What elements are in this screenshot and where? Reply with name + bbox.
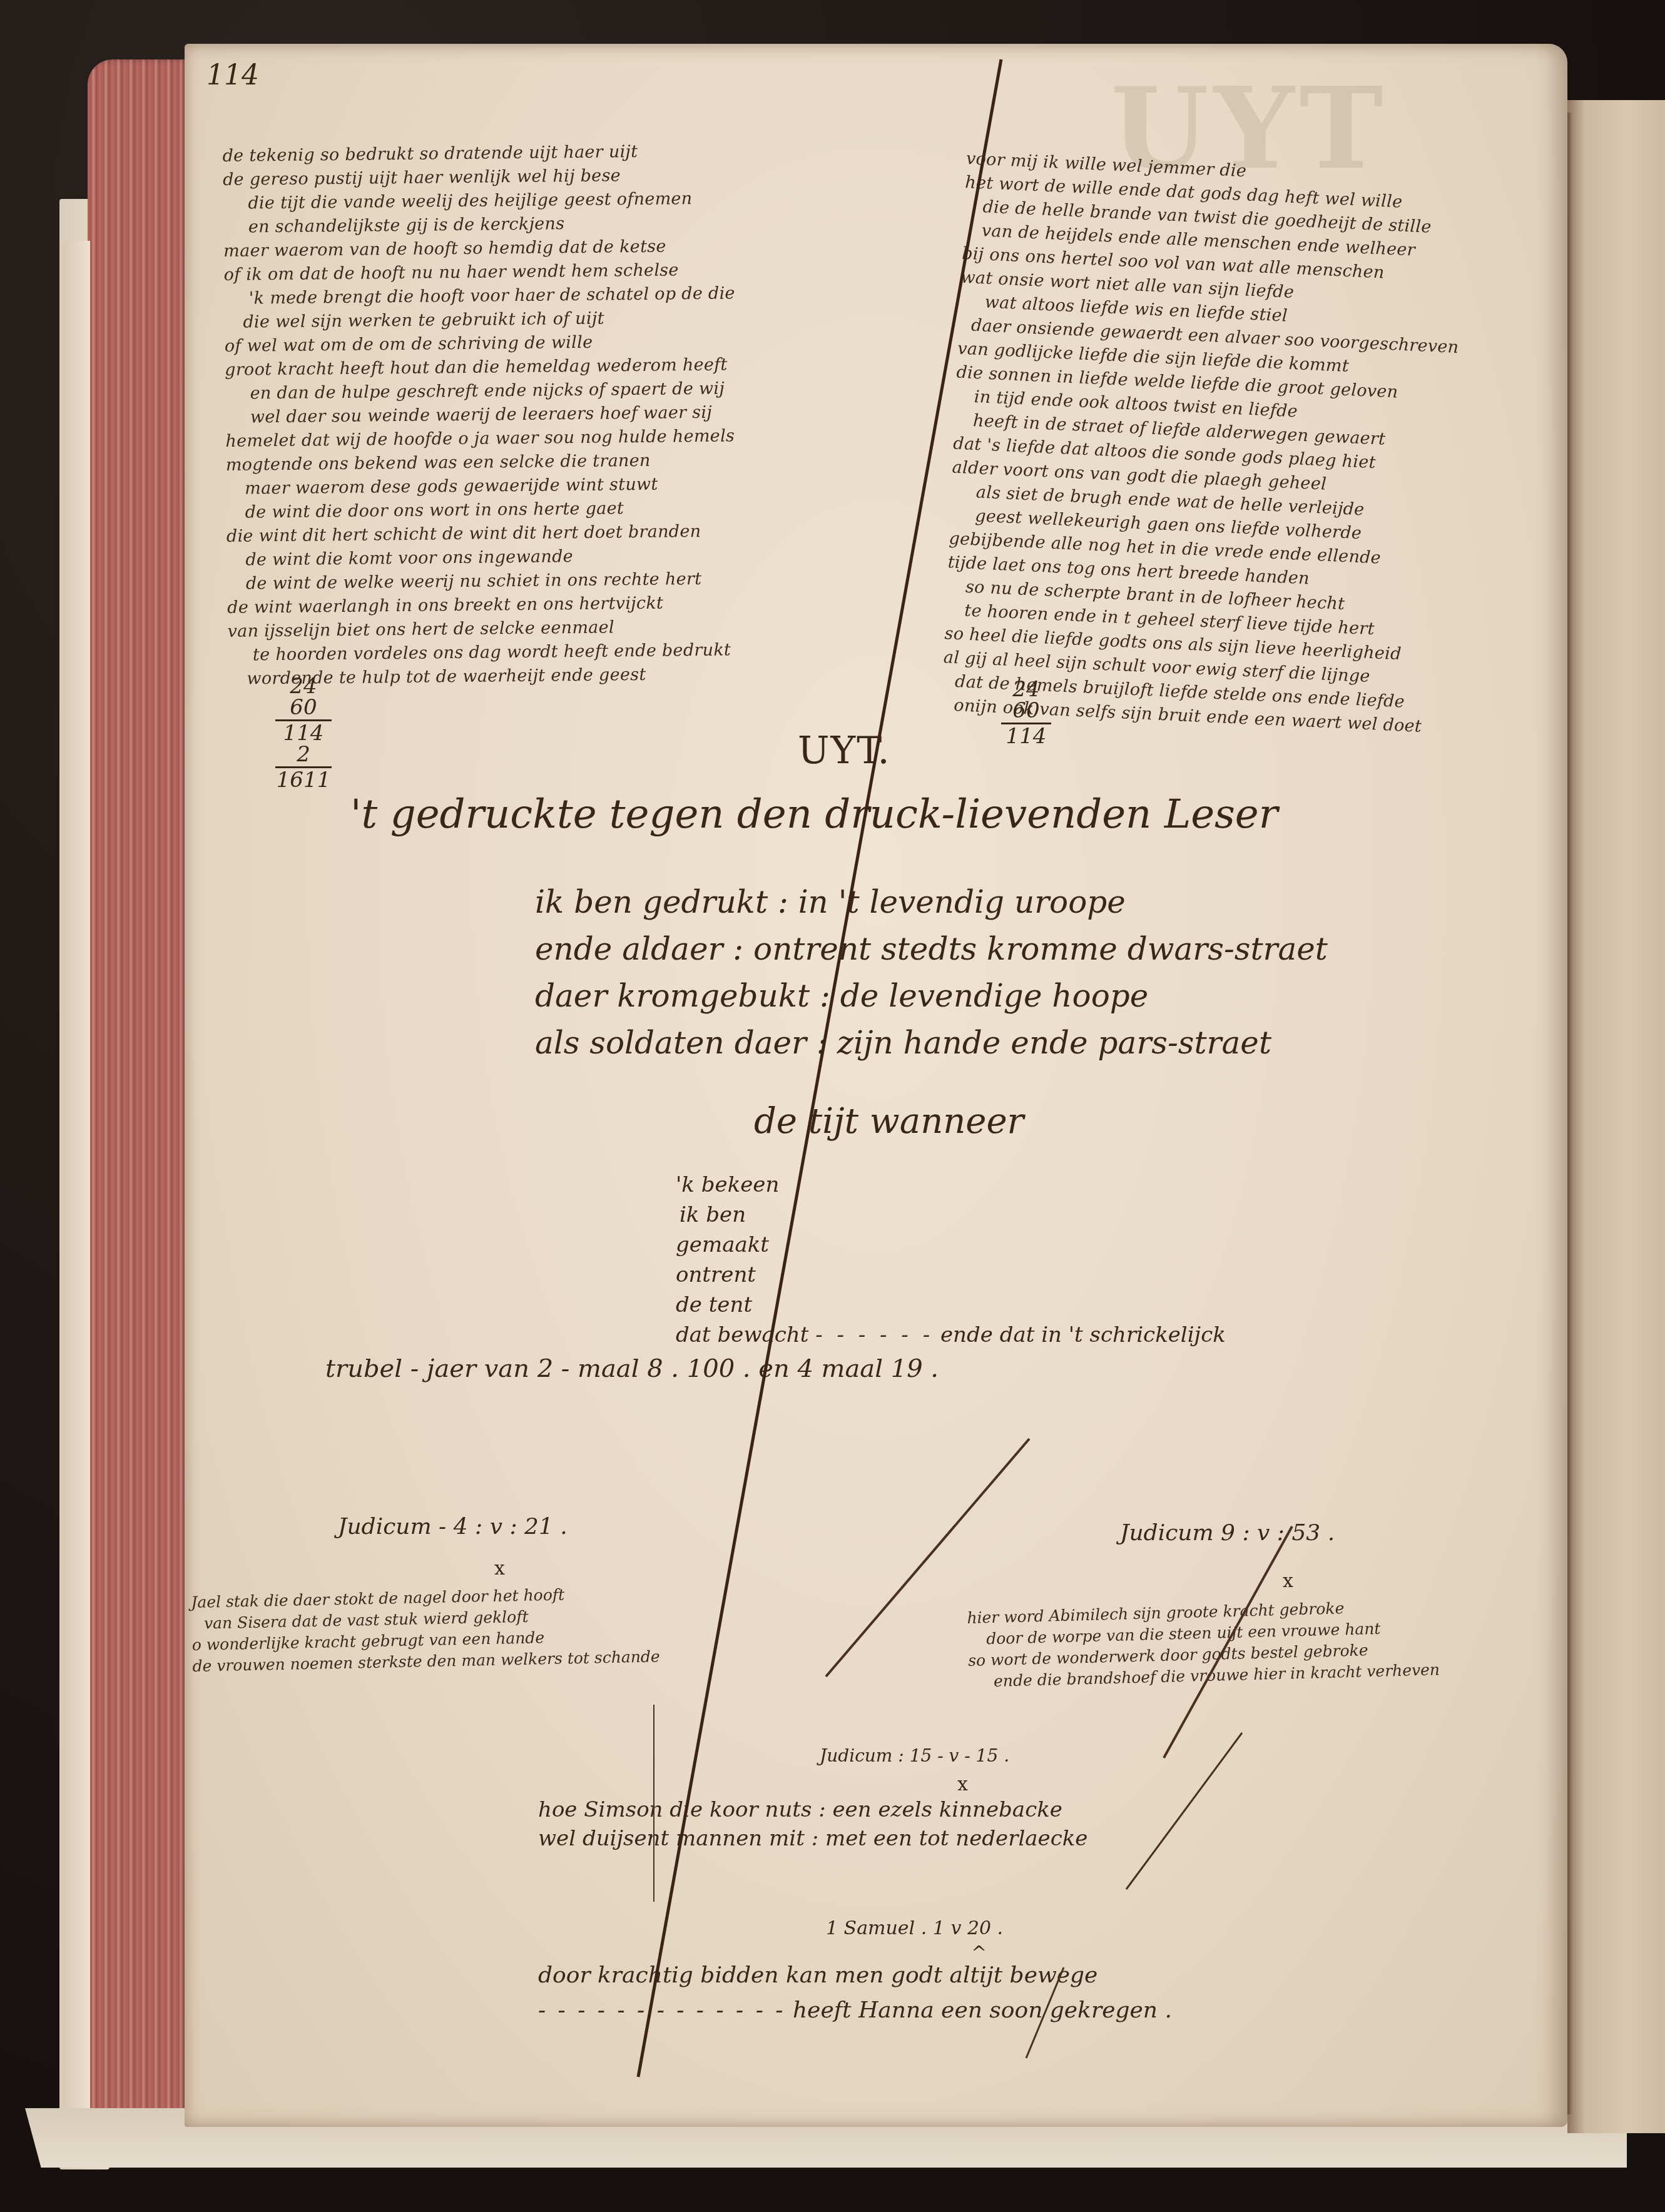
- list-item: ontrent: [676, 1260, 1226, 1290]
- verse-left: als soldaten daer: [535, 1025, 807, 1061]
- verse-left: ik ben gedrukt: [535, 884, 768, 920]
- trubel-year-line: trubel - jaer van 2 - maal 8 . 100 . en …: [325, 1354, 939, 1383]
- samson-lines: hoe Simson die koor nuts : een ezels kin…: [538, 1795, 1087, 1853]
- reference-judicum-4: Judicum - 4 : v : 21 .: [338, 1514, 568, 1540]
- main-heading: UYT.: [798, 729, 890, 773]
- calc-row: 60: [1001, 700, 1051, 721]
- page-edges-red: [88, 59, 188, 2130]
- text-line: - - - - - - - - - - - - - heeft Hanna ee…: [538, 1993, 1172, 2028]
- calculation-right: 24 60 114: [1001, 679, 1051, 747]
- page-number: 114: [206, 59, 259, 91]
- reference-judicum-9: Judicum 9 : v : 53 .: [1120, 1520, 1335, 1546]
- verse-line: als soldaten daer : zijn hande ende pars…: [535, 1023, 1271, 1063]
- title-line: 't gedruckte tegen den druck-lievenden L…: [350, 791, 1278, 838]
- book-gutter: [1567, 113, 1572, 2114]
- calc-row: 114: [275, 723, 332, 744]
- verse-line: ende aldaer : ontrent stedts kromme dwar…: [535, 929, 1328, 969]
- verse-left: ende aldaer: [535, 931, 723, 967]
- list-item: de tent: [676, 1290, 1226, 1320]
- reference-samuel-1: 1 Samuel . 1 v 20 .: [826, 1917, 1003, 1939]
- verse-right: zijn hande ende pars-straet: [837, 1025, 1271, 1061]
- word-list: 'k bekeen ik ben gemaakt ontrent de tent…: [676, 1170, 1226, 1350]
- verse-left: daer kromgebukt: [535, 978, 810, 1014]
- text-line: hoe Simson die koor nuts : een ezels kin…: [538, 1795, 1087, 1824]
- list-item-text: dat bewacht: [676, 1322, 808, 1347]
- calc-row: 60: [275, 697, 332, 718]
- calc-row: 24: [275, 676, 332, 697]
- verse-right: de levendige hoope: [840, 978, 1149, 1014]
- list-item: ik ben: [676, 1200, 1226, 1230]
- calc-row: 114: [1001, 726, 1051, 747]
- calc-row: 24: [1001, 679, 1051, 700]
- sub-heading: de tijt wanneer: [754, 1101, 1024, 1142]
- top-left-paragraph: de tekenig so bedrukt so dratende uijt h…: [222, 137, 935, 691]
- x-mark-icon: x: [1283, 1570, 1293, 1592]
- calc-row: 2: [275, 744, 332, 765]
- x-mark-icon: x: [957, 1773, 968, 1795]
- facing-page: [1567, 100, 1665, 2133]
- text-line: wel duijsent mannen mit : met een tot ne…: [538, 1824, 1087, 1853]
- verse-line: ik ben gedrukt : in 't levendig uroope: [535, 882, 1126, 922]
- list-item: dat bewacht - - - - - - ende dat in 't s…: [676, 1320, 1226, 1350]
- verse-right: ontrent stedts kromme dwars-straet: [753, 931, 1328, 967]
- x-mark-icon: x: [494, 1558, 505, 1580]
- note-left-jael: Jael stak die daer stokt de nagel door h…: [191, 1582, 660, 1677]
- text-line: door krachtig bidden kan men godt altijt…: [538, 1958, 1172, 1993]
- closing-lines: door krachtig bidden kan men godt altijt…: [538, 1958, 1172, 2028]
- reference-judicum-15: Judicum : 15 - v - 15 .: [820, 1745, 1009, 1766]
- calc-row: 1611: [275, 769, 332, 791]
- calculation-left: 24 60 114 2 1611: [275, 676, 332, 791]
- verse-right: in 't levendig uroope: [798, 884, 1126, 920]
- top-right-paragraph: voor mij ik wille wel jemmer die het wor…: [941, 147, 1567, 744]
- text-line-text: heeft Hanna een soon gekregen .: [793, 1997, 1172, 2023]
- list-item: 'k bekeen: [676, 1170, 1226, 1200]
- trailing-text: ende dat in 't schrickelijck: [940, 1322, 1226, 1347]
- list-item: gemaakt: [676, 1230, 1226, 1260]
- dash-leader: - - - - - -: [815, 1322, 934, 1347]
- dash-leader: - - - - - - - - - - - - -: [538, 1997, 785, 2023]
- verse-line: daer kromgebukt : de levendige hoope: [535, 976, 1148, 1016]
- note-right-abimelech: hier word Abimilech sijn groote kracht g…: [967, 1595, 1440, 1693]
